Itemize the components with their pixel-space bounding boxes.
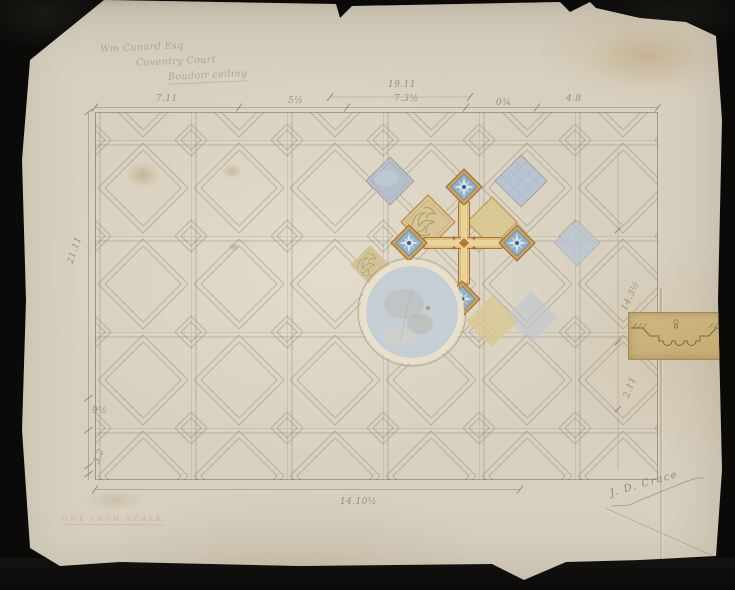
cornice-profile-patch <box>628 312 725 360</box>
scale-stamp: ONE INCH SCALE <box>62 515 164 525</box>
dim-left-lower-upper: 9½ <box>92 406 107 416</box>
dim-top-total: 19.11 <box>388 80 416 90</box>
dim-top-seg-2: 5½ <box>288 96 303 106</box>
signature-flourish <box>608 476 708 510</box>
dim-top-seg-3: 7.3½ <box>394 94 419 104</box>
dim-top-seg-4: 0¾ <box>496 98 511 108</box>
photographed-drawing: Wm Cunard Esq Coventry Court Boudoir cei… <box>0 0 735 590</box>
dim-bottom-total: 14.10½ <box>340 497 377 507</box>
dim-top-seg-5: 4.8 <box>566 94 582 104</box>
drawing-sheet: Wm Cunard Esq Coventry Court Boudoir cei… <box>0 0 735 590</box>
dim-top-seg-1: 7.11 <box>156 94 178 104</box>
